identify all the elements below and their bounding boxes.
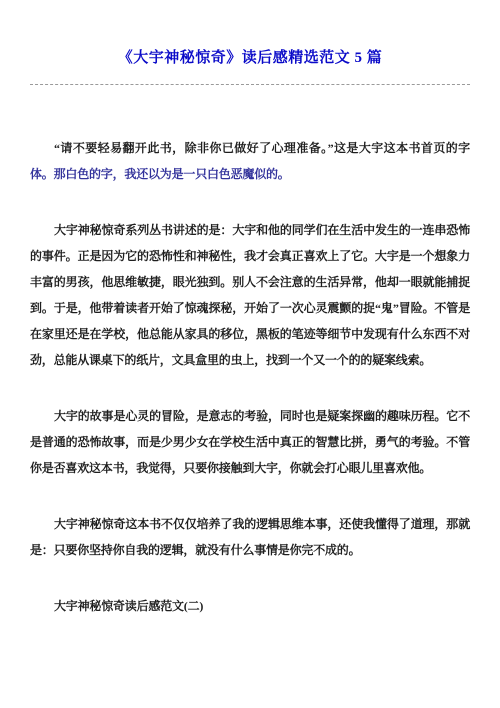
paragraph-3: 大宇的故事是心灵的冒险，是意志的考验，同时也是疑案探幽的趣味历程。它不是普通的恐… [30,403,470,481]
paragraph-2: 大宇神秘惊奇系列丛书讲述的是：大宇和他的同学们在生活中发生的一连串恐怖的事件。正… [30,217,470,373]
section-2-heading: 大宇神秘惊奇读后感范文(二) [30,593,470,619]
paragraph-1-highlight-text: 体。那白色的字，我还以为是一只白色恶魔似的。 [30,167,290,181]
document-body: “请不要轻易翻开此书，除非你已做好了心理准备。”这是大宇这本书首页的字体。那白色… [0,135,500,619]
paragraph-4: 大宇神秘惊奇这本书不仅仅培养了我的逻辑思维本事，还使我懂得了道理，那就是：只要你… [30,511,470,563]
paragraph-1-normal-text: “请不要轻易翻开此书，除非你已做好了心理准备。”这是大宇这本书首页的字 [54,141,470,155]
page-title: 《大宇神秘惊奇》读后感精选范文 5 篇 [0,46,500,67]
separator-line [30,84,470,85]
paragraph-1: “请不要轻易翻开此书，除非你已做好了心理准备。”这是大宇这本书首页的字体。那白色… [30,135,470,187]
document-page: 《大宇神秘惊奇》读后感精选范文 5 篇 “请不要轻易翻开此书，除非你已做好了心理… [0,0,500,708]
